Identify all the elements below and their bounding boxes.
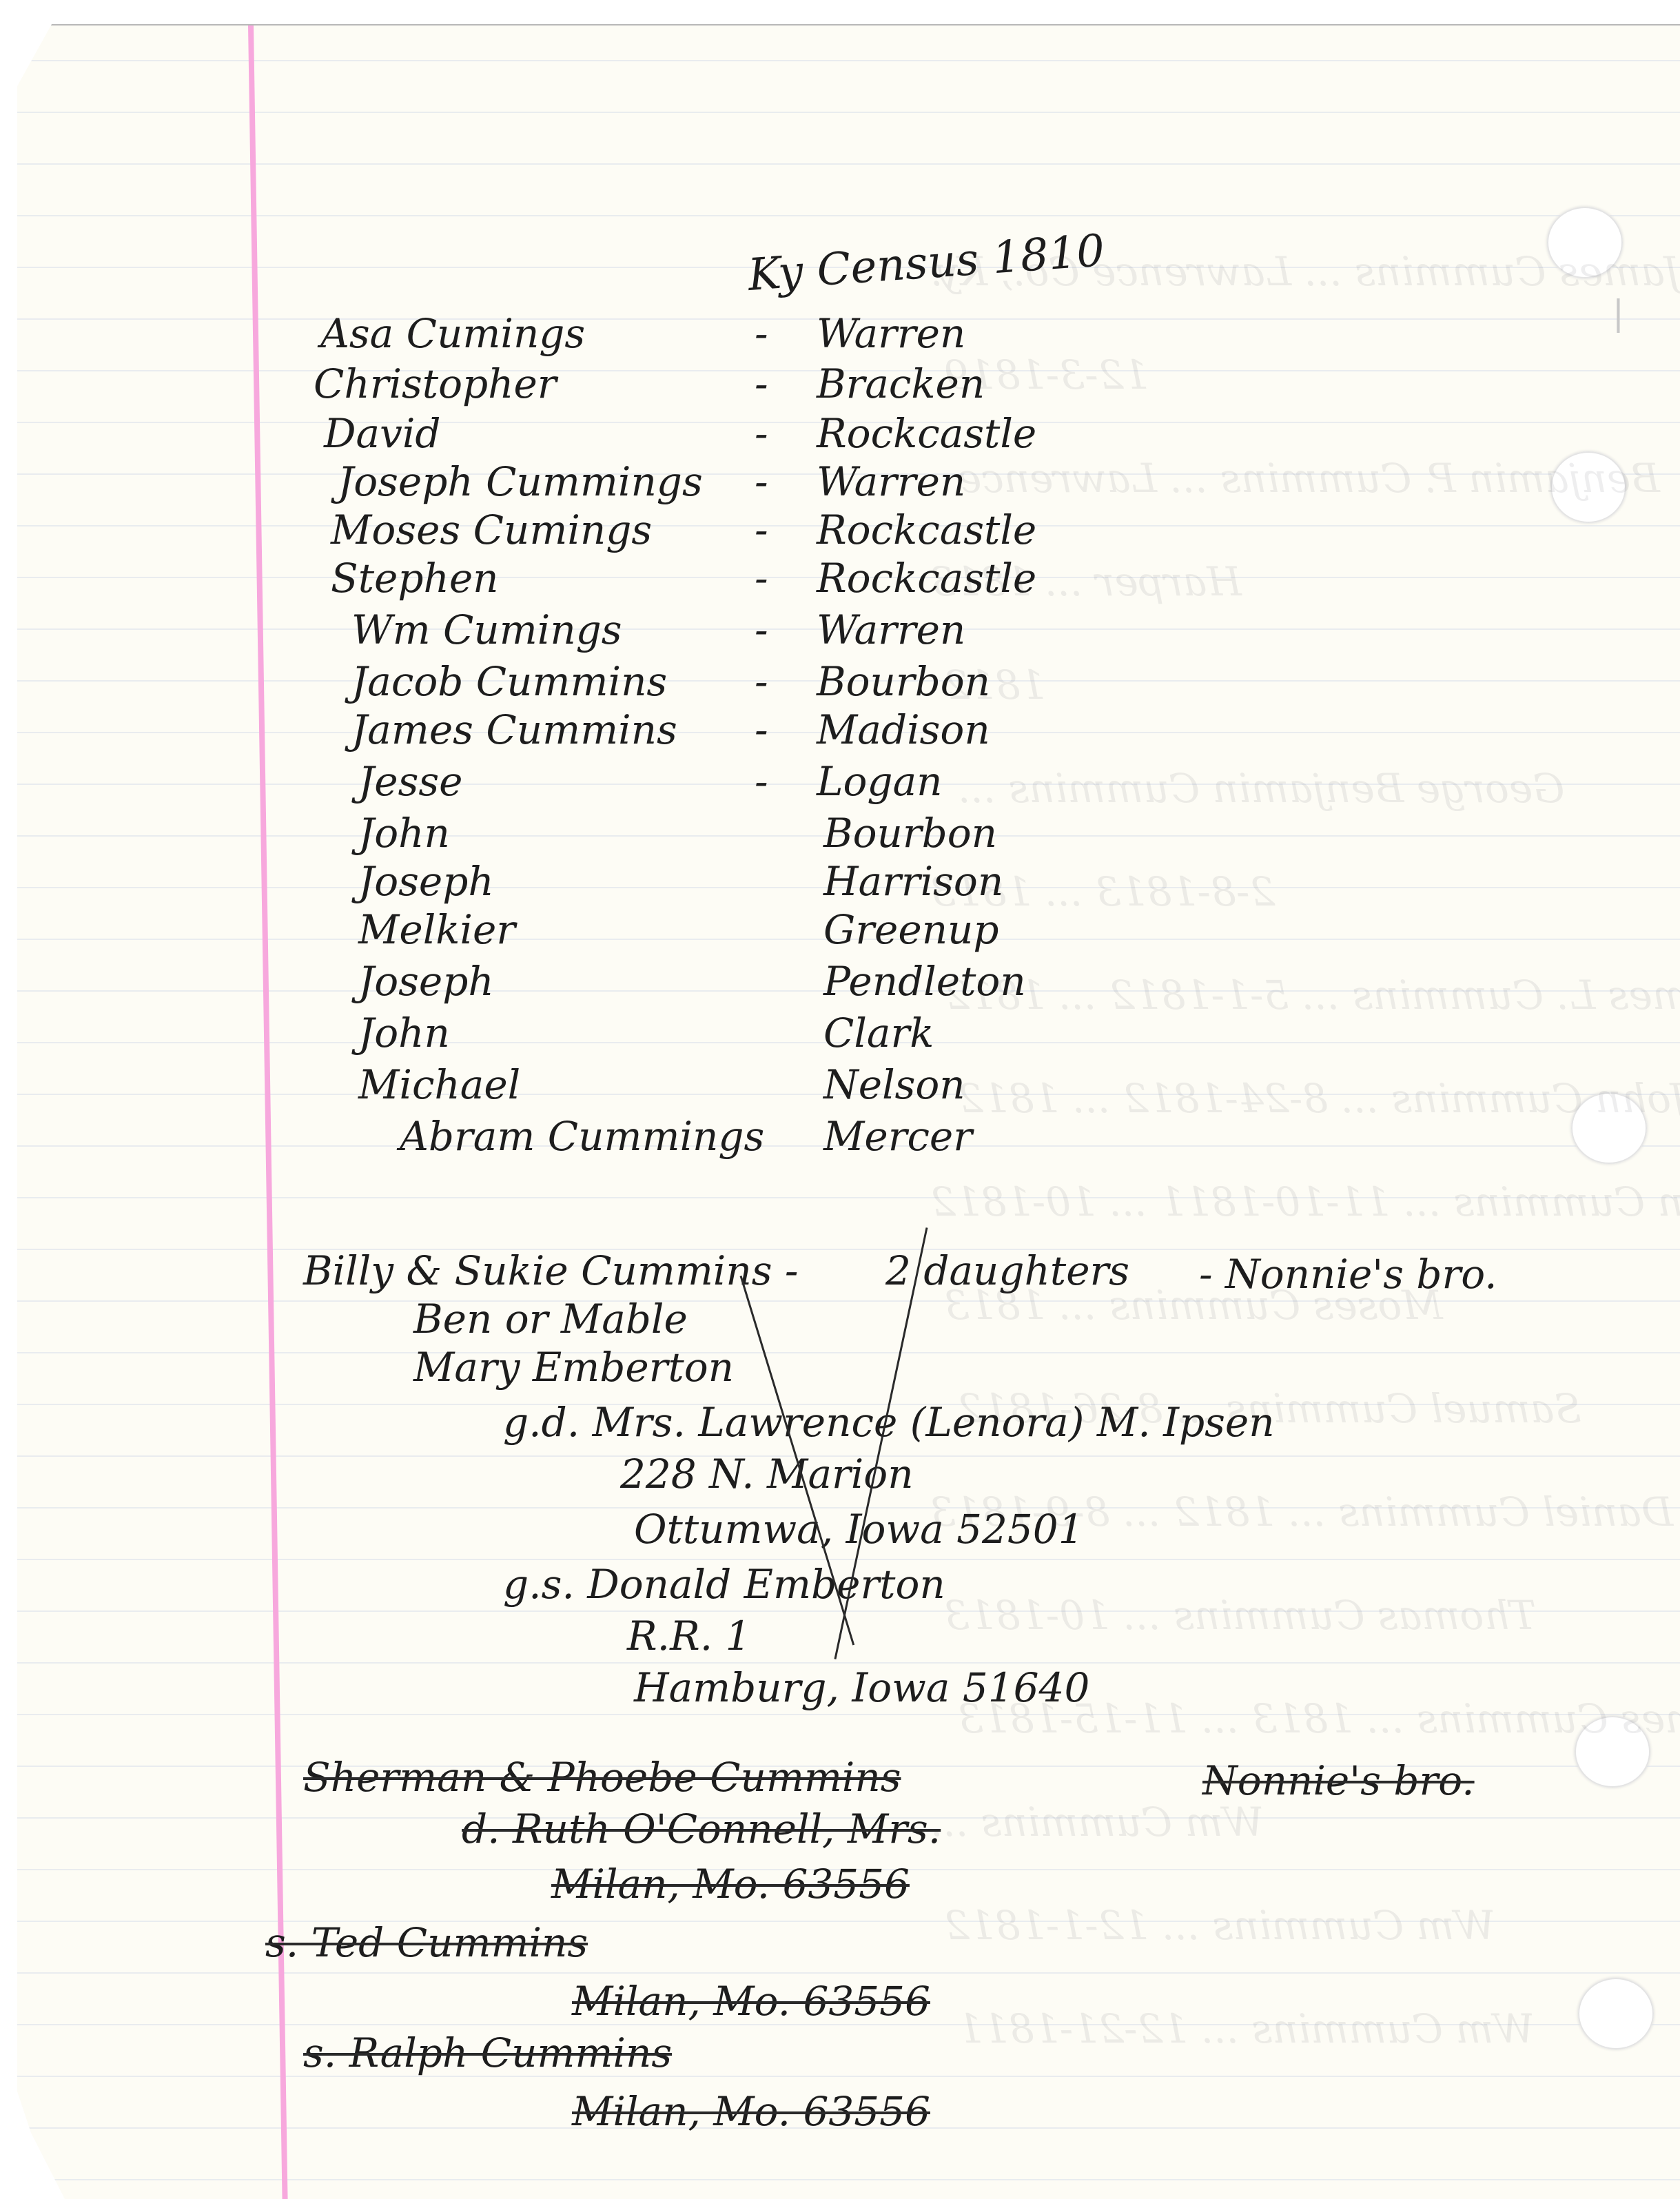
census-name: Jacob Cummins: [351, 662, 667, 702]
note-line: 228 N. Marion: [620, 1454, 914, 1494]
census-name: David: [324, 413, 441, 453]
census-name: Asa Cumings: [320, 314, 585, 354]
census-name: Joseph: [358, 961, 494, 1001]
census-county: Rockcastle: [817, 558, 1036, 598]
census-name: Michael: [358, 1065, 520, 1105]
ghost-line: John Cummins ... 11-10-1811 ... 10-1812: [930, 1178, 1680, 1225]
ruled-line: [17, 112, 1680, 113]
census-name: Moses Cumings: [331, 510, 652, 550]
ghost-line: George Benjamin Cummins ...: [958, 765, 1565, 812]
separator-dash: -: [755, 710, 768, 750]
note-line: R.R. 1: [627, 1616, 751, 1656]
stray-mark: |: [1612, 293, 1624, 333]
note-line: Hamburg, Iowa 51640: [634, 1668, 1089, 1708]
census-county: Warren: [817, 314, 965, 354]
relation-note: Nonnie's bro.: [1202, 1761, 1475, 1801]
census-name: Joseph: [358, 861, 494, 901]
ghost-line: Wm Cummins ... 12-21-1811: [958, 2005, 1535, 2052]
census-county: Harrison: [823, 861, 1003, 901]
separator-dash: -: [755, 662, 768, 702]
ghost-line: Thomas Cummins ... 10-1813: [944, 1592, 1536, 1639]
ruled-line: [17, 1662, 1680, 1664]
note-line: Milan, Mo. 63556: [572, 1981, 930, 2021]
census-name: Christopher: [314, 364, 557, 404]
family-heading: Billy & Sukie Cummins -: [303, 1251, 799, 1291]
census-county: Rockcastle: [817, 413, 1036, 453]
census-county: Warren: [817, 462, 965, 502]
family-heading: Sherman & Phoebe Cummins: [303, 1757, 901, 1797]
census-county: Mercer: [823, 1116, 972, 1156]
census-county: Rockcastle: [817, 510, 1036, 550]
note-line: d. Ruth O'Connell, Mrs.: [462, 1809, 941, 1849]
separator-dash: -: [755, 558, 768, 598]
note-line: Mary Emberton: [413, 1347, 734, 1387]
separator-dash: -: [755, 610, 768, 650]
daughters-count: 2 daughters: [885, 1251, 1129, 1291]
census-name: Stephen: [331, 558, 499, 598]
ruled-line: [17, 60, 1680, 61]
census-name: Abram Cummings: [400, 1116, 764, 1156]
margin-line: [248, 25, 288, 2199]
note-line: Milan, Mo. 63556: [572, 2091, 930, 2131]
note-line: s. Ralph Cummins: [303, 2033, 672, 2073]
ghost-line: Benjamin P. Cummins ... Lawrence: [958, 455, 1660, 502]
ruled-line: [17, 1352, 1680, 1353]
relation-note: - Nonnie's bro.: [1199, 1254, 1497, 1294]
note-line: s. Ted Cummins: [265, 1923, 588, 1963]
census-name: Melkier: [358, 910, 515, 950]
ghost-line: James L. Cummins ... 5-1-1812 ... 1812: [944, 972, 1680, 1019]
ruled-line: [17, 215, 1680, 216]
census-county: Greenup: [823, 910, 999, 950]
ghost-line: Wm Cummins ... 12-1-1812: [944, 1902, 1495, 1949]
separator-dash: -: [755, 364, 768, 404]
note-line: g.s. Donald Emberton: [503, 1564, 945, 1604]
ruled-line: [17, 1559, 1680, 1560]
census-county: Warren: [817, 610, 965, 650]
census-name: Jesse: [358, 761, 462, 801]
note-line: Milan, Mo. 63556: [551, 1864, 910, 1904]
ghost-line: Wm Cummins ...: [930, 1799, 1264, 1845]
ghost-line: John Cummins ... 8-24-1812 ... 1812: [958, 1075, 1680, 1122]
ruled-line: [17, 163, 1680, 165]
census-name: James Cummins: [351, 710, 677, 750]
census-county: Clark: [823, 1013, 934, 1053]
separator-dash: -: [755, 462, 768, 502]
census-name: John: [358, 813, 450, 853]
punch-hole: [1578, 1978, 1654, 2049]
separator-dash: -: [755, 314, 768, 354]
census-county: Nelson: [823, 1065, 965, 1105]
census-name: John: [358, 1013, 450, 1053]
separator-dash: -: [755, 510, 768, 550]
census-county: Madison: [817, 710, 990, 750]
census-county: Pendleton: [823, 961, 1026, 1001]
note-line: Ben or Mable: [413, 1299, 688, 1339]
separator-dash: -: [755, 413, 768, 453]
ruled-line: [17, 1972, 1680, 1974]
ruled-line: [17, 2076, 1680, 2077]
census-county: Bourbon: [817, 662, 990, 702]
separator-dash: -: [755, 761, 768, 801]
census-name: Wm Cumings: [351, 610, 622, 650]
ruled-line: [17, 2179, 1680, 2180]
census-county: Logan: [817, 761, 943, 801]
census-county: Bracken: [817, 364, 985, 404]
census-county: Bourbon: [823, 813, 997, 853]
census-name: Joseph Cummings: [338, 462, 703, 502]
